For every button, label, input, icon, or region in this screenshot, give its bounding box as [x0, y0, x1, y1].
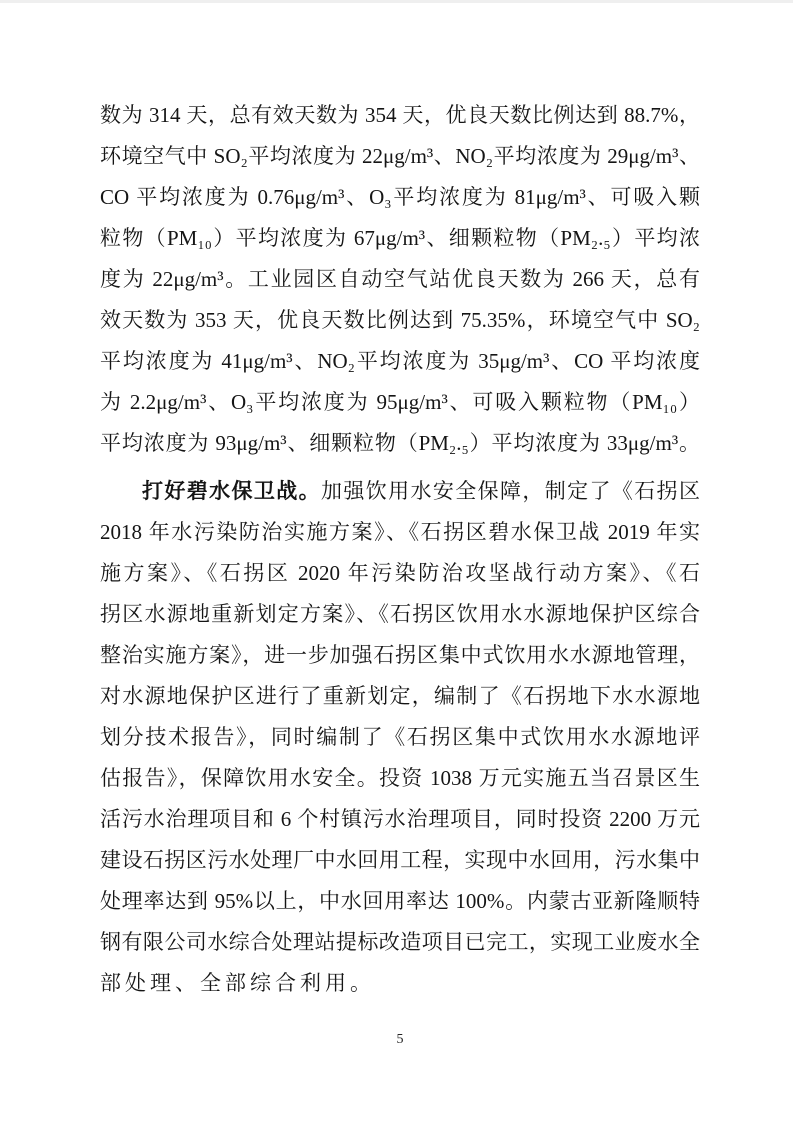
- text-line: 打好碧水保卫战。加强饮用水安全保障，制定了《石拐区: [100, 471, 700, 512]
- text-line: 部处理、全部综合利用。: [100, 963, 700, 1004]
- text-line: 整治实施方案》，进一步加强石拐区集中式饮用水水源地管理，: [100, 635, 700, 676]
- text-line: 处理率达到 95%以上，中水回用率达 100%。内蒙古亚新隆顺特: [100, 881, 700, 922]
- text-line: 对水源地保护区进行了重新划定，编制了《石拐地下水水源地: [100, 676, 700, 717]
- paragraph-water-campaign: 打好碧水保卫战。加强饮用水安全保障，制定了《石拐区2018 年水污染防治实施方案…: [100, 471, 700, 1004]
- page-body-text: 数为 314 天，总有效天数为 354 天，优良天数比例达到 88.7%，环境空…: [100, 95, 700, 1004]
- text-line: 环境空气中 SO₂平均浓度为 22μg/m³、NO₂平均浓度为 29μg/m³、: [100, 136, 700, 177]
- paragraph-air-quality: 数为 314 天，总有效天数为 354 天，优良天数比例达到 88.7%，环境空…: [100, 95, 700, 464]
- page-number: 5: [100, 1031, 700, 1049]
- text-line: 钢有限公司水综合处理站提标改造项目已完工，实现工业废水全: [100, 922, 700, 963]
- paragraph-lead-bold: 打好碧水保卫战。: [142, 479, 321, 503]
- text-line: 粒物（PM₁₀）平均浓度为 67μg/m³、细颗粒物（PM₂.₅）平均浓: [100, 218, 700, 259]
- text-line: 平均浓度为 93μg/m³、细颗粒物（PM₂.₅）平均浓度为 33μg/m³。: [100, 423, 700, 464]
- text-line: 平均浓度为 41μg/m³、NO₂平均浓度为 35μg/m³、CO 平均浓度: [100, 341, 700, 382]
- text-line: 效天数为 353 天，优良天数比例达到 75.35%，环境空气中 SO₂: [100, 300, 700, 341]
- text-line: 建设石拐区污水处理厂中水回用工程，实现中水回用，污水集中: [100, 840, 700, 881]
- text-line: 2018 年水污染防治实施方案》、《石拐区碧水保卫战 2019 年实: [100, 512, 700, 553]
- text-line: 拐区水源地重新划定方案》、《石拐区饮用水水源地保护区综合: [100, 594, 700, 635]
- text-line: 估报告》，保障饮用水安全。投资 1038 万元实施五当召景区生: [100, 758, 700, 799]
- text-line: CO 平均浓度为 0.76μg/m³、O₃平均浓度为 81μg/m³、可吸入颗: [100, 177, 700, 218]
- text-line: 划分技术报告》，同时编制了《石拐区集中式饮用水水源地评: [100, 717, 700, 758]
- text-line: 度为 22μg/m³。工业园区自动空气站优良天数为 266 天，总有: [100, 259, 700, 300]
- text-line: 为 2.2μg/m³、O₃平均浓度为 95μg/m³、可吸入颗粒物（PM₁₀）: [100, 382, 700, 423]
- text-line: 数为 314 天，总有效天数为 354 天，优良天数比例达到 88.7%，: [100, 95, 700, 136]
- document-page: 数为 314 天，总有效天数为 354 天，优良天数比例达到 88.7%，环境空…: [0, 0, 793, 1122]
- text-line: 活污水治理项目和 6 个村镇污水治理项目，同时投资 2200 万元: [100, 799, 700, 840]
- page-top-edge: [0, 0, 793, 3]
- text-line: 施方案》、《石拐区 2020 年污染防治攻坚战行动方案》、《石: [100, 553, 700, 594]
